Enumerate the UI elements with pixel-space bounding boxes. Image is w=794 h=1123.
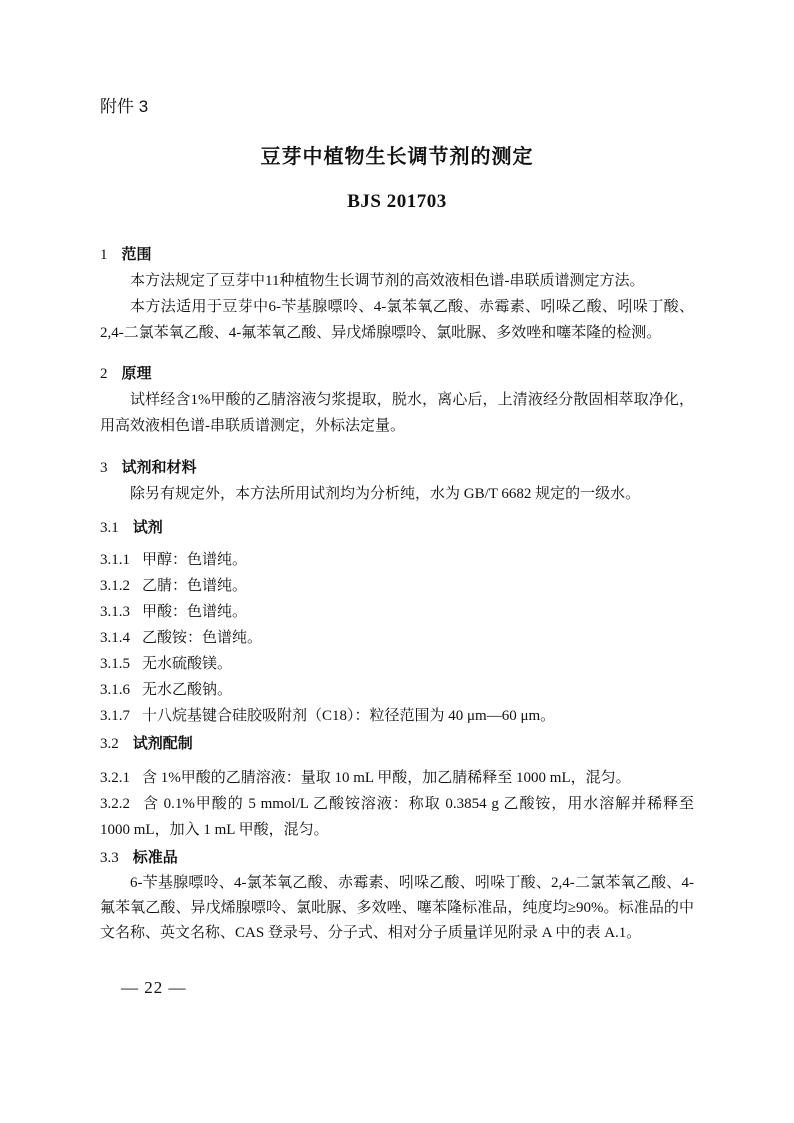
clause-3-1-4: 3.1.4乙酸铵：色谱纯。 xyxy=(100,625,694,651)
subsection-heading-3-2: 3.2试剂配制 xyxy=(100,731,694,757)
clause-3-1-2: 3.1.2乙腈：色谱纯。 xyxy=(100,573,694,599)
clause-text: 十八烷基键合硅胶吸附剂（C18）：粒径范围为 40 μm—60 μm。 xyxy=(142,708,555,724)
attachment-label: 附件 3 xyxy=(100,95,694,119)
subsection-title: 试剂配制 xyxy=(133,735,193,752)
clause-text: 乙腈：色谱纯。 xyxy=(142,578,247,594)
document-page: 附件 3 豆芽中植物生长调节剂的测定 BJS 201703 1范围 本方法规定了… xyxy=(0,95,794,1000)
reagent-list: 3.1.1甲醇：色谱纯。 3.1.2乙腈：色谱纯。 3.1.3甲酸：色谱纯。 3… xyxy=(100,547,694,729)
section-title: 原理 xyxy=(122,365,152,382)
clause-text: 乙酸铵：色谱纯。 xyxy=(142,630,262,646)
clause-3-2-2: 3.2.2含 0.1%甲酸的 5 mmol/L 乙酸铵溶液：称取 0.3854 … xyxy=(100,791,694,843)
clause-text: 含 0.1%甲酸的 5 mmol/L 乙酸铵溶液：称取 0.3854 g 乙酸铵… xyxy=(100,796,694,838)
clause-number: 3.2.1 xyxy=(100,770,130,786)
reagent-preparation-list: 3.2.1含 1%甲酸的乙腈溶液：量取 10 mL 甲酸，加乙腈稀释至 1000… xyxy=(100,765,694,843)
section-title: 试剂和材料 xyxy=(122,459,197,476)
clause-number: 3.1.3 xyxy=(100,604,130,620)
subsection-number: 3.3 xyxy=(100,850,119,866)
clause-number: 3.1.7 xyxy=(100,708,130,724)
clause-3-1-1: 3.1.1甲醇：色谱纯。 xyxy=(100,547,694,573)
clause-text: 无水硫酸镁。 xyxy=(142,656,232,672)
subsection-number: 3.1 xyxy=(100,520,119,536)
section-heading-scope: 1范围 xyxy=(100,242,694,268)
clause-3-1-7: 3.1.7十八烷基键合硅胶吸附剂（C18）：粒径范围为 40 μm—60 μm。 xyxy=(100,703,694,729)
scope-paragraph-1: 本方法规定了豆芽中11种植物生长调节剂的高效液相色谱-串联质谱测定方法。 xyxy=(100,268,694,294)
subsection-number: 3.2 xyxy=(100,736,119,752)
clause-number: 3.1.5 xyxy=(100,656,130,672)
document-code: BJS 201703 xyxy=(100,188,694,216)
section-number: 1 xyxy=(100,247,108,263)
clause-3-1-5: 3.1.5无水硫酸镁。 xyxy=(100,651,694,677)
principle-paragraph: 试样经含1%甲酸的乙腈溶液匀浆提取，脱水，离心后，上清液经分散固相萃取净化，用高… xyxy=(100,387,694,439)
subsection-heading-3-1: 3.1试剂 xyxy=(100,515,694,541)
page-number: — 22 — xyxy=(100,976,694,1000)
section-title: 范围 xyxy=(122,246,152,263)
scope-paragraph-2: 本方法适用于豆芽中6-苄基腺嘌呤、4-氯苯氧乙酸、赤霉素、吲哚乙酸、吲哚丁酸、2… xyxy=(100,294,694,346)
reagents-intro-paragraph: 除另有规定外，本方法所用试剂均为分析纯，水为 GB/T 6682 规定的一级水。 xyxy=(100,481,694,507)
subsection-title: 标准品 xyxy=(133,849,178,866)
section-number: 2 xyxy=(100,366,108,382)
clause-number: 3.1.2 xyxy=(100,578,130,594)
subsection-heading-3-3: 3.3标准品 xyxy=(100,845,694,871)
clause-number: 3.1.4 xyxy=(100,630,130,646)
subsection-title: 试剂 xyxy=(133,519,163,536)
clause-number: 3.1.1 xyxy=(100,552,130,568)
standards-paragraph: 6-苄基腺嘌呤、4-氯苯氧乙酸、赤霉素、吲哚乙酸、吲哚丁酸、2,4-二氯苯氧乙酸… xyxy=(100,871,694,946)
document-title: 豆芽中植物生长调节剂的测定 xyxy=(100,142,694,172)
section-number: 3 xyxy=(100,460,108,476)
clause-text: 甲醇：色谱纯。 xyxy=(142,552,247,568)
clause-text: 甲酸：色谱纯。 xyxy=(142,604,247,620)
clause-3-1-6: 3.1.6无水乙酸钠。 xyxy=(100,677,694,703)
clause-text: 无水乙酸钠。 xyxy=(142,682,232,698)
clause-3-1-3: 3.1.3甲酸：色谱纯。 xyxy=(100,599,694,625)
clause-3-2-1: 3.2.1含 1%甲酸的乙腈溶液：量取 10 mL 甲酸，加乙腈稀释至 1000… xyxy=(100,765,694,791)
section-heading-reagents: 3试剂和材料 xyxy=(100,455,694,481)
clause-number: 3.1.6 xyxy=(100,682,130,698)
clause-number: 3.2.2 xyxy=(100,796,130,812)
clause-text: 含 1%甲酸的乙腈溶液：量取 10 mL 甲酸，加乙腈稀释至 1000 mL，混… xyxy=(142,770,631,786)
section-heading-principle: 2原理 xyxy=(100,361,694,387)
